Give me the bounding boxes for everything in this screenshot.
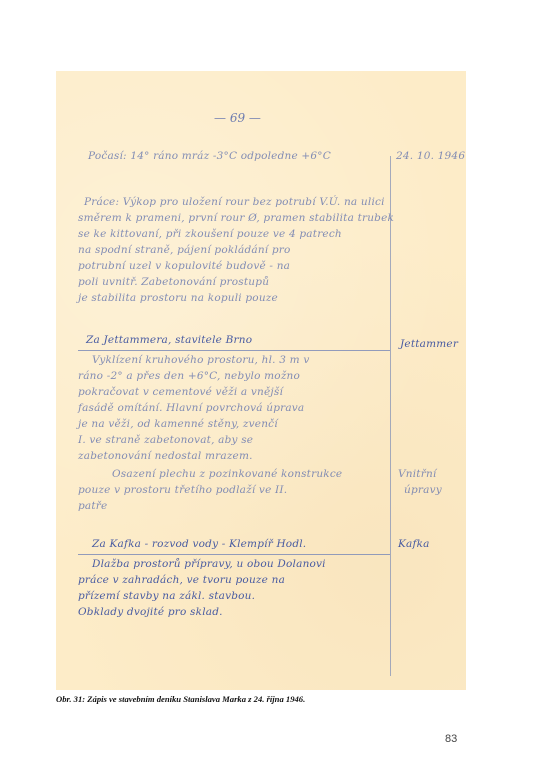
- side-note-interior-1: Vnitřní: [398, 467, 436, 482]
- work-line-6: poli uvnitř. Zabetonování prostupů: [78, 275, 269, 290]
- jettammer-line-1: Vyklízení kruhového prostoru, hl. 3 m v: [92, 353, 309, 368]
- work-line-5: potrubní uzel v kopulovité budově - na: [78, 259, 290, 274]
- kafka-line-2: práce v zahradách, ve tvoru pouze na: [78, 573, 285, 588]
- section-underline: [78, 554, 390, 555]
- jettammer-line-6: I. ve straně zabetonovat, aby se: [78, 433, 253, 448]
- diary-page-mark: — 69 —: [214, 111, 261, 125]
- work-line-1: Práce: Výkop pro uložení rour bez potrub…: [84, 195, 385, 210]
- jettammer-line-10: patře: [78, 499, 107, 514]
- work-line-4: na spodní straně, pájení pokládání pro: [78, 243, 291, 258]
- work-line-2: směrem k prameni, první rour Ø, pramen s…: [78, 211, 394, 226]
- jettammer-line-5: je na věži, od kamenné stěny, zvenčí: [78, 417, 278, 432]
- work-line-7: je stabilita prostoru na kopuli pouze: [78, 291, 278, 306]
- jettammer-line-7: zabetonování nedostal mrazem.: [78, 449, 253, 464]
- section-heading-jettammer: Za Jettammera, stavitele Brno: [86, 333, 252, 348]
- kafka-line-1: Dlažba prostorů přípravy, u obou Dolanov…: [92, 557, 326, 572]
- column-divider: [390, 156, 391, 676]
- scanned-diary-page: — 69 — Počasí: 14° ráno mráz -3°C odpole…: [56, 71, 466, 690]
- weather-line: Počasí: 14° ráno mráz -3°C odpoledne +6°…: [88, 149, 331, 164]
- work-line-3: se ke kittovaní, při zkoušení pouze ve 4…: [78, 227, 342, 242]
- jettammer-line-9: pouze v prostoru třetího podlaží ve II.: [78, 483, 287, 498]
- side-note-kafka: Kafka: [398, 537, 430, 552]
- kafka-line-3: přízemí stavby na zákl. stavbou.: [78, 589, 255, 604]
- jettammer-line-2: ráno -2° a přes den +6°C, nebylo možno: [78, 369, 300, 384]
- page-number: 83: [445, 733, 457, 745]
- jettammer-line-3: pokračovat v cementové věži a vnější: [78, 385, 283, 400]
- side-note-interior-2: úpravy: [404, 483, 442, 498]
- jettammer-line-8: Osazení plechu z pozinkované konstrukce: [112, 467, 342, 482]
- section-heading-kafka: Za Kafka - rozvod vody - Klempíř Hodl.: [92, 537, 306, 552]
- entry-date: 24. 10. 1946: [396, 149, 465, 164]
- section-underline: [78, 350, 390, 351]
- side-note-jettammer: Jettammer: [400, 337, 458, 352]
- figure-caption: Obr. 31: Zápis ve stavebním deníku Stani…: [56, 694, 305, 704]
- jettammer-line-4: fasádě omítání. Hlavní povrchová úprava: [78, 401, 304, 416]
- kafka-line-4: Obklady dvojité pro sklad.: [78, 605, 223, 620]
